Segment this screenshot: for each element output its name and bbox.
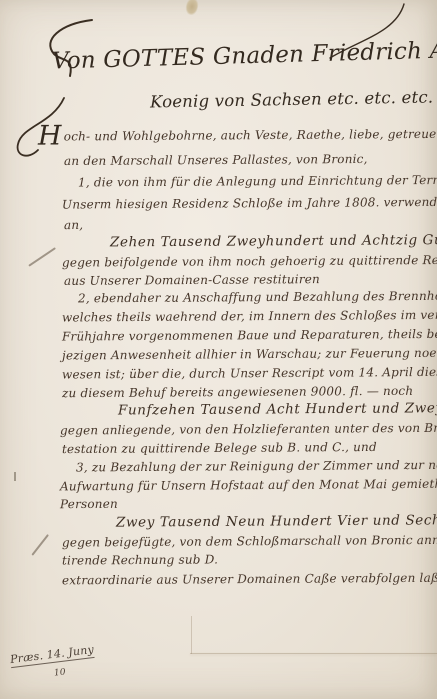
manuscript-line: gegen anliegende, von den Holzlieferante… (60, 421, 437, 438)
document-title-line1: Von GOTTES Gnaden Friedrich August, (52, 35, 437, 74)
salutation-text: och- und Wohlgebohrne, auch Veste, Raeth… (64, 126, 437, 143)
docket-note: Præs. 14. Juny (9, 643, 94, 668)
manuscript-line: testation zu quittirende Belege sub B. u… (62, 440, 377, 456)
manuscript-line: aus Unserer Domainen-Casse restituiren (64, 272, 320, 288)
drop-cap-initial: H (38, 120, 62, 151)
amount-line: Funfzehen Tausend Acht Hundert und Zwey … (118, 401, 437, 418)
manuscript-line: welches theils waehrend der, im Innern d… (62, 307, 437, 324)
amount-line: Zehen Tausend Zweyhundert und Achtzig Gu… (110, 233, 437, 250)
fold-crease-horizontal (190, 653, 437, 654)
manuscript-line: extraordinarie aus Unserer Domainen Caße… (62, 571, 437, 588)
manuscript-line: Frühjahre vorgenommenen Baue und Reparat… (62, 326, 437, 343)
margin-slash-mark (31, 534, 48, 555)
margin-tick-mark (14, 472, 16, 481)
manuscript-line: Unserm hiesigen Residenz Schloße im Jahr… (62, 194, 437, 211)
manuscript-line: an, (64, 218, 83, 232)
manuscript-line: Personen (60, 497, 118, 511)
manuscript-line: Hoch- und Wohlgebohrne, auch Veste, Raet… (38, 126, 437, 143)
manuscript-line: 3, zu Bezahlung der zur Reinigung der Zi… (76, 458, 437, 475)
manuscript-line: gegen beifolgende von ihm noch gehoerig … (62, 252, 437, 269)
manuscript-line: tirende Rechnung sub D. (62, 552, 218, 567)
manuscript-line: zu diesem Behuf bereits angewiesenen 900… (62, 384, 413, 400)
manuscript-line: 2, ebendaher zu Anschaffung und Bezahlun… (78, 289, 437, 306)
manuscript-line: gegen beigefügte, von dem Schloßmarschal… (62, 532, 437, 549)
margin-slash-mark (28, 247, 55, 266)
paper-blemish (184, 0, 199, 16)
fold-crease-vertical (191, 616, 192, 654)
manuscript-page: Von GOTTES Gnaden Friedrich August, Koen… (0, 0, 437, 699)
manuscript-line: an den Marschall Unseres Pallastes, von … (64, 152, 368, 168)
manuscript-line: Aufwartung für Unsern Hofstaat auf den M… (60, 477, 437, 494)
manuscript-line: jezigen Anwesenheit allhier in Warschau;… (62, 346, 437, 363)
manuscript-line: wesen ist; über die, durch Unser Rescrip… (62, 364, 437, 381)
docket-year: 10 (54, 667, 67, 678)
manuscript-line: 1, die von ihm für die Anlegung und Einr… (78, 172, 437, 189)
document-title-line2: Koenig von Sachsen etc. etc. etc. (150, 88, 434, 112)
amount-line: Zwey Tausend Neun Hundert Vier und Sechz… (116, 512, 437, 529)
